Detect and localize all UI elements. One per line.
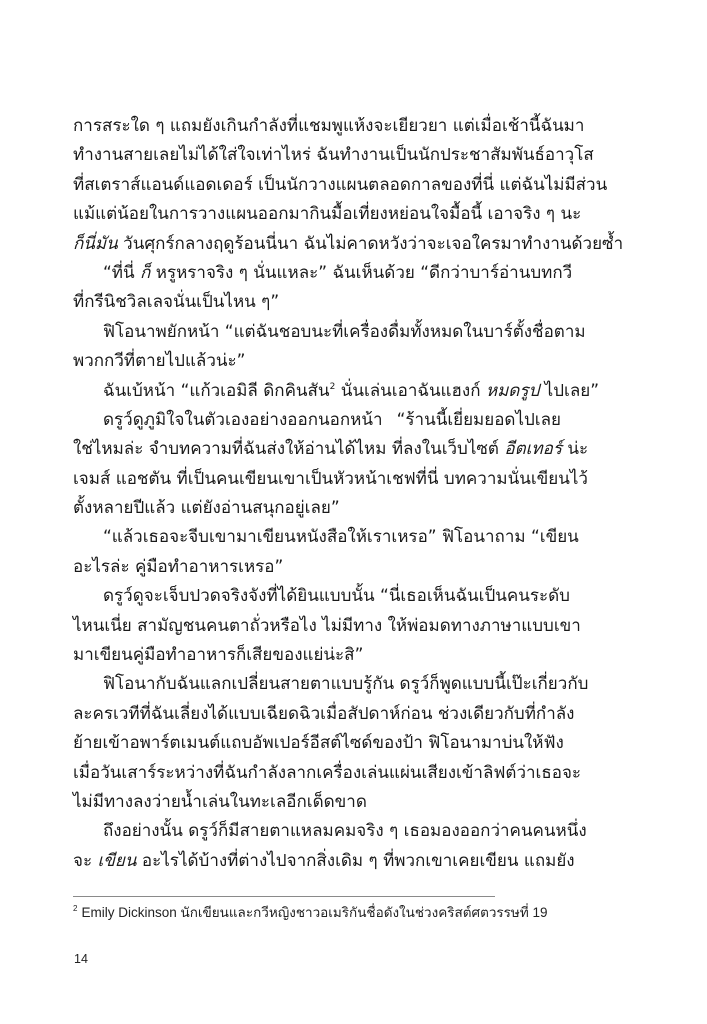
text-line: ทำงานสายเลยไม่ได้ใส่ใจเท่าไหร่ ฉันทำงานเ… bbox=[73, 141, 561, 170]
text-line: การสระใด ๆ แถมยังเกินกำลังที่แชมพูแห้งจะ… bbox=[73, 112, 561, 141]
text-line: ไม่มีทางลงว่ายน้ำเล่นในทะเลอีกเด็ดขาด bbox=[73, 788, 561, 817]
text-run: ละครเวทีที่ฉันเลี่ยงได้แบบเฉียดฉิวเมื่อส… bbox=[73, 704, 574, 724]
text-run: มาเขียนคู่มือทำอาหารก็เสียของแย่น่ะสิ” bbox=[73, 645, 363, 665]
text-run: ดรูว์ดูภูมิใจในตัวเองอย่างออกนอกหน้า “ร้… bbox=[103, 410, 561, 430]
footnote-marker: 2 bbox=[73, 904, 77, 913]
text-run: เจมส์ แอชตัน ที่เป็นคนเขียนเขาเป็นหัวหน้… bbox=[73, 469, 588, 489]
body-text: การสระใด ๆ แถมยังเกินกำลังที่แชมพูแห้งจะ… bbox=[73, 112, 561, 876]
text-line: ดรูว์ดูภูมิใจในตัวเองอย่างออกนอกหน้า “ร้… bbox=[73, 406, 561, 435]
text-line: แม้แต่น้อยในการวางแผนออกมากินมื้อเที่ยงห… bbox=[73, 200, 561, 229]
text-run: ทำงานสายเลยไม่ได้ใส่ใจเท่าไหร่ ฉันทำงานเ… bbox=[73, 145, 594, 165]
italic-text: อีตเทอร์ bbox=[504, 439, 562, 459]
text-run: ฉันเบ้หน้า “แก้วเอมิลี ดิกคินสัน bbox=[103, 381, 330, 401]
text-run: ที่กรีนิชวิลเลจนั่นเป็นไหน ๆ” bbox=[73, 292, 279, 312]
text-line: เจมส์ แอชตัน ที่เป็นคนเขียนเขาเป็นหัวหน้… bbox=[73, 465, 561, 494]
text-line: ใช่ไหมล่ะ จำบทความที่ฉันส่งให้อ่านได้ไหม… bbox=[73, 435, 561, 464]
text-line: ดรูว์ดูจะเจ็บปวดจริงจังที่ได้ยินแบบนั้น … bbox=[73, 582, 561, 611]
italic-text: หมดรูป bbox=[486, 381, 539, 401]
italic-text: เขียน bbox=[98, 851, 137, 871]
text-line: ละครเวทีที่ฉันเลี่ยงได้แบบเฉียดฉิวเมื่อส… bbox=[73, 700, 561, 729]
text-line: เมื่อวันเสาร์ระหว่างที่ฉันกำลังลากเครื่อ… bbox=[73, 759, 561, 788]
text-line: อะไรล่ะ คู่มือทำอาหารเหรอ” bbox=[73, 553, 561, 582]
text-run: ไม่มีทางลงว่ายน้ำเล่นในทะเลอีกเด็ดขาด bbox=[73, 792, 367, 812]
text-line: ที่สเตราส์แอนด์แอดเดอร์ เป็นนักวางแผนตลอ… bbox=[73, 171, 561, 200]
text-line: “ที่นี่ ก็ หรูหราจริง ๆ นั่นแหละ” ฉันเห็… bbox=[73, 259, 561, 288]
text-line: ถึงอย่างนั้น ดรูว์ก็มีสายตาแหลมคมจริง ๆ … bbox=[73, 817, 561, 846]
text-run: หรูหราจริง ๆ นั่นแหละ” ฉันเห็นด้วย “ดีกว… bbox=[150, 263, 572, 283]
text-run: เมื่อวันเสาร์ระหว่างที่ฉันกำลังลากเครื่อ… bbox=[73, 763, 581, 783]
text-line: ตั้งหลายปีแล้ว แต่ยังอ่านสนุกอยู่เลย” bbox=[73, 494, 561, 523]
text-line: มาเขียนคู่มือทำอาหารก็เสียของแย่น่ะสิ” bbox=[73, 641, 561, 670]
text-line: พวกกวีที่ตายไปแล้วน่ะ” bbox=[73, 347, 561, 376]
text-line: ที่กรีนิชวิลเลจนั่นเป็นไหน ๆ” bbox=[73, 288, 561, 317]
text-run: ไหนเนี่ย สามัญชนคนตาถั่วหรือไง ไม่มีทาง … bbox=[73, 616, 581, 636]
footnote: 2Emily Dickinson นักเขียนและกวีหญิงชาวอเ… bbox=[73, 903, 561, 923]
text-run: อะไรล่ะ คู่มือทำอาหารเหรอ” bbox=[73, 557, 283, 577]
footnote-divider bbox=[73, 896, 495, 897]
italic-text: ก็นี่มัน bbox=[73, 234, 118, 254]
text-line: ก็นี่มัน วันศุกร์กลางฤดูร้อนนี่นา ฉันไม่… bbox=[73, 230, 561, 259]
footnote-text: Emily Dickinson นักเขียนและกวีหญิงชาวอเม… bbox=[81, 905, 547, 920]
text-run: ไปเลย” bbox=[539, 381, 599, 401]
text-line: จะ เขียน อะไรได้บ้างที่ต่างไปจากสิ่งเดิม… bbox=[73, 847, 561, 876]
text-run: “แล้วเธอจะจีบเขามาเขียนหนังสือให้เราเหรอ… bbox=[103, 527, 579, 547]
text-run: ฟิโอนากับฉันแลกเปลี่ยนสายตาแบบรู้กัน ดรู… bbox=[103, 674, 588, 694]
text-line: ไหนเนี่ย สามัญชนคนตาถั่วหรือไง ไม่มีทาง … bbox=[73, 612, 561, 641]
page-number: 14 bbox=[74, 952, 88, 966]
text-run: วันศุกร์กลางฤดูร้อนนี่นา ฉันไม่คาดหวังว่… bbox=[118, 234, 623, 254]
text-run: ถึงอย่างนั้น ดรูว์ก็มีสายตาแหลมคมจริง ๆ … bbox=[103, 821, 587, 841]
text-run: น่ะ bbox=[562, 439, 588, 459]
text-run: ตั้งหลายปีแล้ว แต่ยังอ่านสนุกอยู่เลย” bbox=[73, 498, 340, 518]
text-run: อะไรได้บ้างที่ต่างไปจากสิ่งเดิม ๆ ที่พวก… bbox=[137, 851, 575, 871]
text-run: ย้ายเข้าอพาร์ตเมนต์แถบอัพเปอร์อีสต์ไซด์ข… bbox=[73, 733, 564, 753]
text-run: แม้แต่น้อยในการวางแผนออกมากินมื้อเที่ยงห… bbox=[73, 204, 581, 224]
text-line: ฟิโอนากับฉันแลกเปลี่ยนสายตาแบบรู้กัน ดรู… bbox=[73, 670, 561, 699]
text-line: ย้ายเข้าอพาร์ตเมนต์แถบอัพเปอร์อีสต์ไซด์ข… bbox=[73, 729, 561, 758]
text-run: “ที่นี่ bbox=[103, 263, 140, 283]
text-line: ฉันเบ้หน้า “แก้วเอมิลี ดิกคินสัน2 นั่นเล… bbox=[73, 377, 561, 406]
italic-text: ก็ bbox=[140, 263, 150, 283]
text-line: ฟิโอนาพยักหน้า “แต่ฉันชอบนะที่เครื่องดื่… bbox=[73, 318, 561, 347]
text-run: ดรูว์ดูจะเจ็บปวดจริงจังที่ได้ยินแบบนั้น … bbox=[103, 586, 570, 606]
text-run: นั่นเล่นเอาฉันแฮงก์ bbox=[335, 381, 486, 401]
text-run: ที่สเตราส์แอนด์แอดเดอร์ เป็นนักวางแผนตลอ… bbox=[73, 175, 607, 195]
text-run: การสระใด ๆ แถมยังเกินกำลังที่แชมพูแห้งจะ… bbox=[73, 116, 584, 136]
text-run: จะ bbox=[73, 851, 98, 871]
text-run: พวกกวีที่ตายไปแล้วน่ะ” bbox=[73, 351, 245, 371]
text-run: ฟิโอนาพยักหน้า “แต่ฉันชอบนะที่เครื่องดื่… bbox=[103, 322, 586, 342]
text-run: ใช่ไหมล่ะ จำบทความที่ฉันส่งให้อ่านได้ไหม… bbox=[73, 439, 504, 459]
text-line: “แล้วเธอจะจีบเขามาเขียนหนังสือให้เราเหรอ… bbox=[73, 523, 561, 552]
